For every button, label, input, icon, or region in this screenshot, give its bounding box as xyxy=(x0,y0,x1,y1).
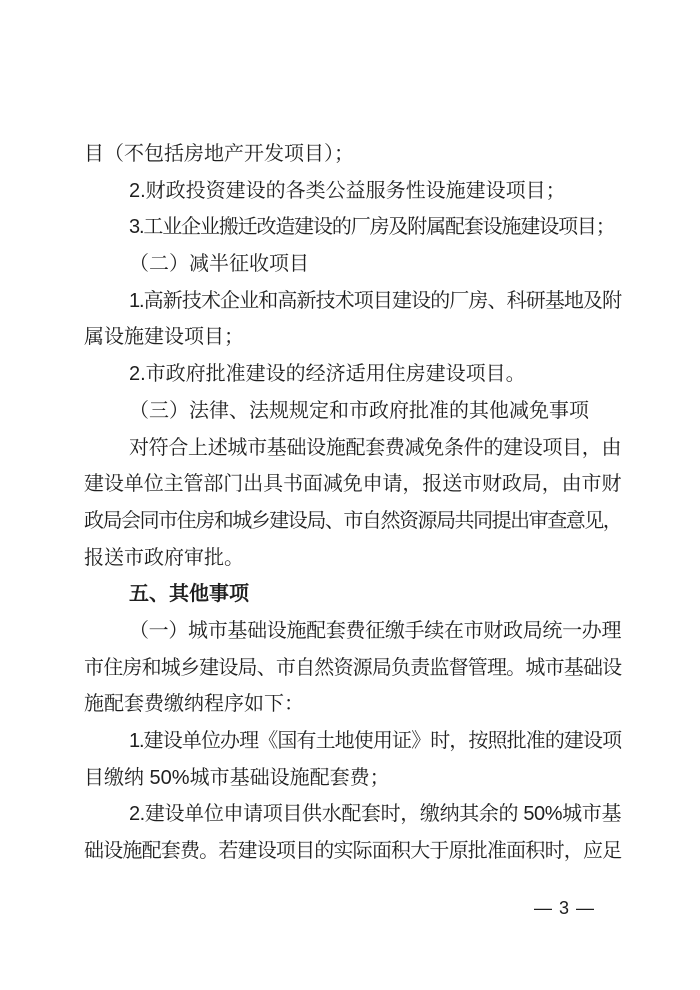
section-heading: 五、其他事项 xyxy=(84,576,621,613)
text-line: 础设施配套费。若建设项目的实际面积大于原批准面积时，应足 xyxy=(84,833,621,870)
text-line: 3.工业企业搬迁改造建设的厂房及附属配套设施建设项目； xyxy=(84,209,621,246)
text-line: 市住房和城乡建设局、市自然资源局负责监督管理。城市基础设 xyxy=(84,650,621,687)
text-line: 建设单位主管部门出具书面减免申请，报送市财政局，由市财 xyxy=(84,466,621,503)
document-page: 目（不包括房地产开发项目）；2.财政投资建设的各类公益服务性设施建设项目；3.工… xyxy=(0,0,700,990)
text-line: 对符合上述城市基础设施配套费减免条件的建设项目，由 xyxy=(84,430,621,467)
text-line: 2.建设单位申请项目供水配套时，缴纳其余的 50%城市基 xyxy=(84,796,621,833)
text-line: 1.建设单位办理《国有土地使用证》时，按照批准的建设项 xyxy=(84,723,621,760)
text-line: 施配套费缴纳程序如下： xyxy=(84,686,621,723)
text-line: 2.市政府批准建设的经济适用住房建设项目。 xyxy=(84,356,621,393)
text-line: 报送市政府审批。 xyxy=(84,540,621,577)
text-line: 目缴纳 50%城市基础设施配套费； xyxy=(84,760,621,797)
text-line: 属设施建设项目； xyxy=(84,319,621,356)
text-line: 政局会同市住房和城乡建设局、市自然资源局共同提出审查意见， xyxy=(84,503,621,540)
text-line: （三）法律、法规规定和市政府批准的其他减免事项 xyxy=(84,393,621,430)
text-line: 目（不包括房地产开发项目）； xyxy=(84,136,621,173)
page-number: — 3 — xyxy=(84,898,621,919)
document-lines: 目（不包括房地产开发项目）；2.财政投资建设的各类公益服务性设施建设项目；3.工… xyxy=(84,136,621,870)
text-line: 2.财政投资建设的各类公益服务性设施建设项目； xyxy=(84,173,621,210)
text-line: （一）城市基础设施配套费征缴手续在市财政局统一办理 xyxy=(84,613,621,650)
text-line: 1.高新技术企业和高新技术项目建设的厂房、科研基地及附 xyxy=(84,283,621,320)
text-line: （二）减半征收项目 xyxy=(84,246,621,283)
